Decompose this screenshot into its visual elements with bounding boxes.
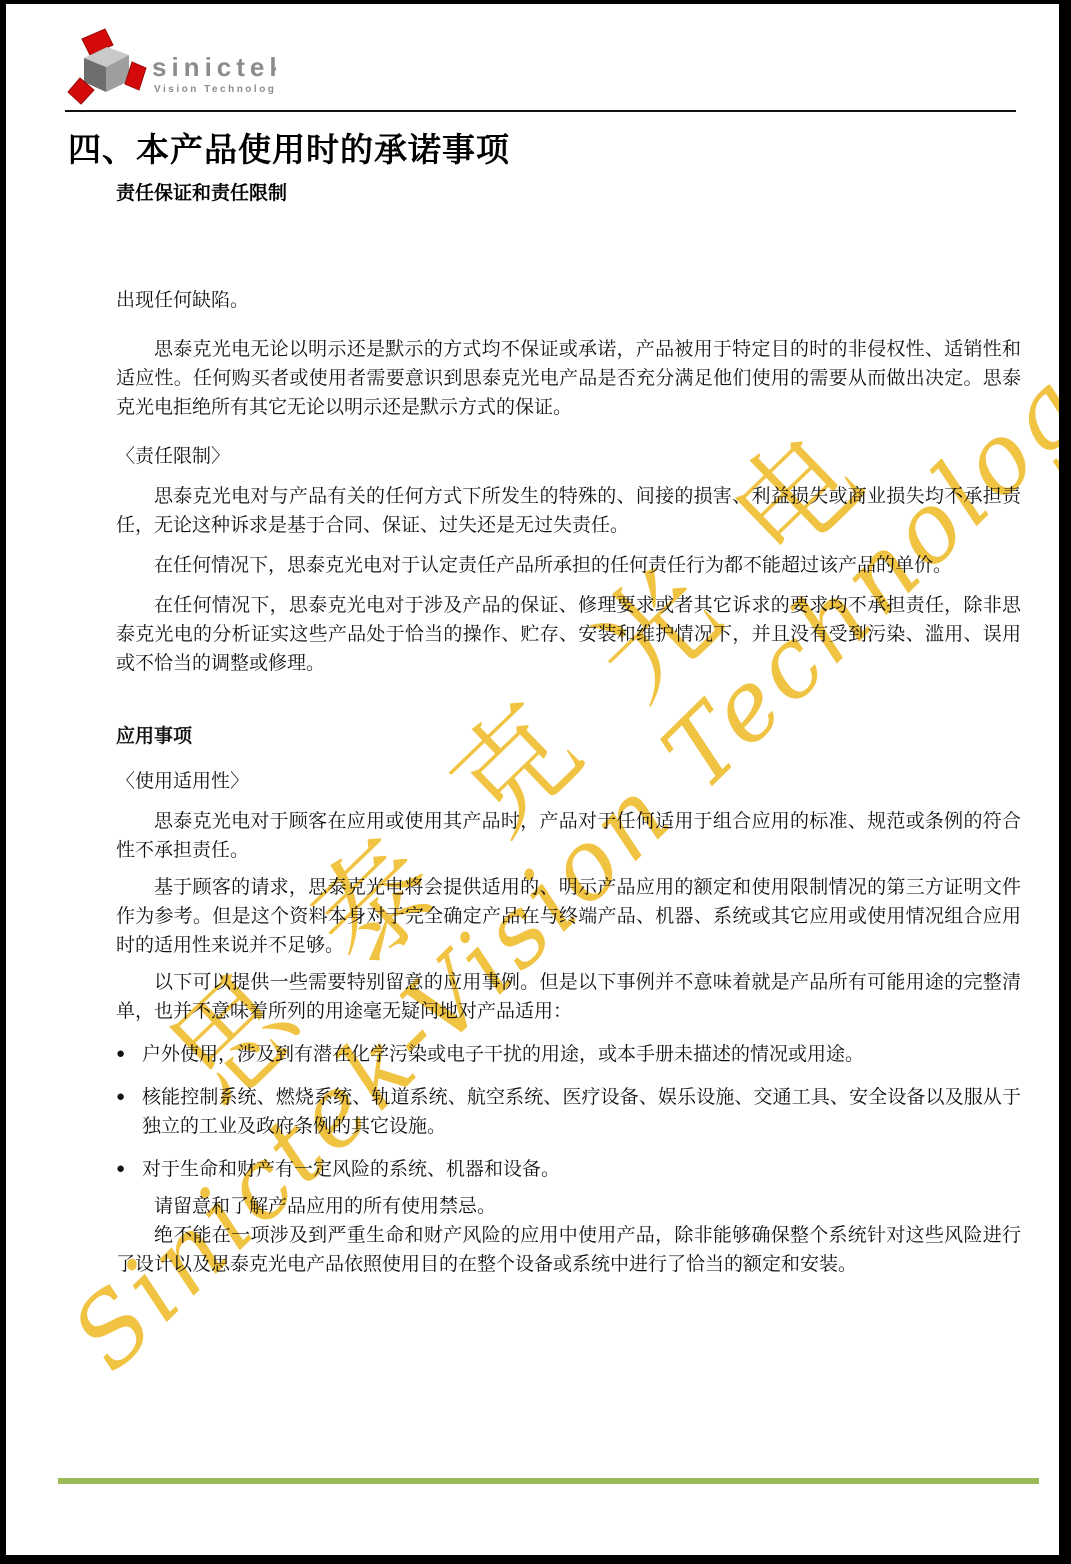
liability-paragraph: 在任何情况下，思泰克光电对于认定责任产品所承担的任何责任行为都不能超过该产品的单… xyxy=(116,551,1021,580)
bullet-text: 对于生命和财产有一定风险的系统、机器和设备。 xyxy=(142,1155,1021,1184)
final-notice: 请留意和了解产品应用的所有使用禁忌。 绝不能在一项涉及到严重生命和财产风险的应用… xyxy=(116,1192,1021,1279)
logo-tagline-text: Vision Technology xyxy=(154,84,276,95)
suitability-paragraph: 以下可以提供一些需要特别留意的应用事例。但是以下事例并不意味着就是产品所有可能用… xyxy=(116,968,1021,1026)
bullet-text: 核能控制系统、燃烧系统、轨道系统、航空系统、医疗设备、娱乐设施、交通工具、安全设… xyxy=(142,1083,1021,1141)
header-divider xyxy=(65,110,1016,112)
liability-heading: 〈责任限制〉 xyxy=(116,442,1021,471)
application-heading: 应用事项 xyxy=(116,722,1021,751)
list-item: ● 户外使用，涉及到有潜在化学污染或电子干扰的用途，或本手册未描述的情况或用途。 xyxy=(116,1040,1021,1069)
notice-paragraph: 请留意和了解产品应用的所有使用禁忌。 xyxy=(116,1192,1021,1221)
document-page: 思泰克光电 Sinictek-Vision Technology sinicte… xyxy=(6,4,1059,1555)
liability-paragraph: 在任何情况下，思泰克光电对于涉及产品的保证、修理要求或者其它诉求的要求均不承担责… xyxy=(116,591,1021,678)
intro-fragment: 出现任何缺陷。 xyxy=(116,286,1021,315)
bullet-icon: ● xyxy=(116,1155,132,1184)
logo-brand-text: sinictek xyxy=(152,52,276,82)
warranty-paragraph: 思泰克光电无论以明示还是默示的方式均不保证或承诺，产品被用于特定目的时的非侵权性… xyxy=(116,335,1021,422)
document-body: 出现任何缺陷。 思泰克光电无论以明示还是默示的方式均不保证或承诺，产品被用于特定… xyxy=(116,286,1021,1279)
list-item: ● 核能控制系统、燃烧系统、轨道系统、航空系统、医疗设备、娱乐设施、交通工具、安… xyxy=(116,1083,1021,1141)
section-subtitle: 责任保证和责任限制 xyxy=(116,178,287,205)
suitability-paragraph: 基于顾客的请求，思泰克光电将会提供适用的、明示产品应用的额定和使用限制情况的第三… xyxy=(116,873,1021,960)
suitability-heading: 〈使用适用性〉 xyxy=(116,767,1021,796)
bullet-text: 户外使用，涉及到有潜在化学污染或电子干扰的用途，或本手册未描述的情况或用途。 xyxy=(142,1040,1021,1069)
liability-paragraph: 思泰克光电对与产品有关的任何方式下所发生的特殊的、间接的损害、利益损失或商业损失… xyxy=(116,482,1021,540)
list-item: ● 对于生命和财产有一定风险的系统、机器和设备。 xyxy=(116,1155,1021,1184)
company-logo: sinictek Vision Technology xyxy=(66,26,276,108)
notice-paragraph: 绝不能在一项涉及到严重生命和财产风险的应用中使用产品，除非能够确保整个系统针对这… xyxy=(116,1221,1021,1279)
footer-accent-bar xyxy=(58,1478,1039,1484)
suitability-paragraph: 思泰克光电对于顾客在应用或使用其产品时，产品对于任何适用于组合应用的标准、规范或… xyxy=(116,807,1021,865)
bullet-icon: ● xyxy=(116,1083,132,1141)
page-title: 四、本产品使用时的承诺事项 xyxy=(68,124,510,171)
bullet-icon: ● xyxy=(116,1040,132,1069)
